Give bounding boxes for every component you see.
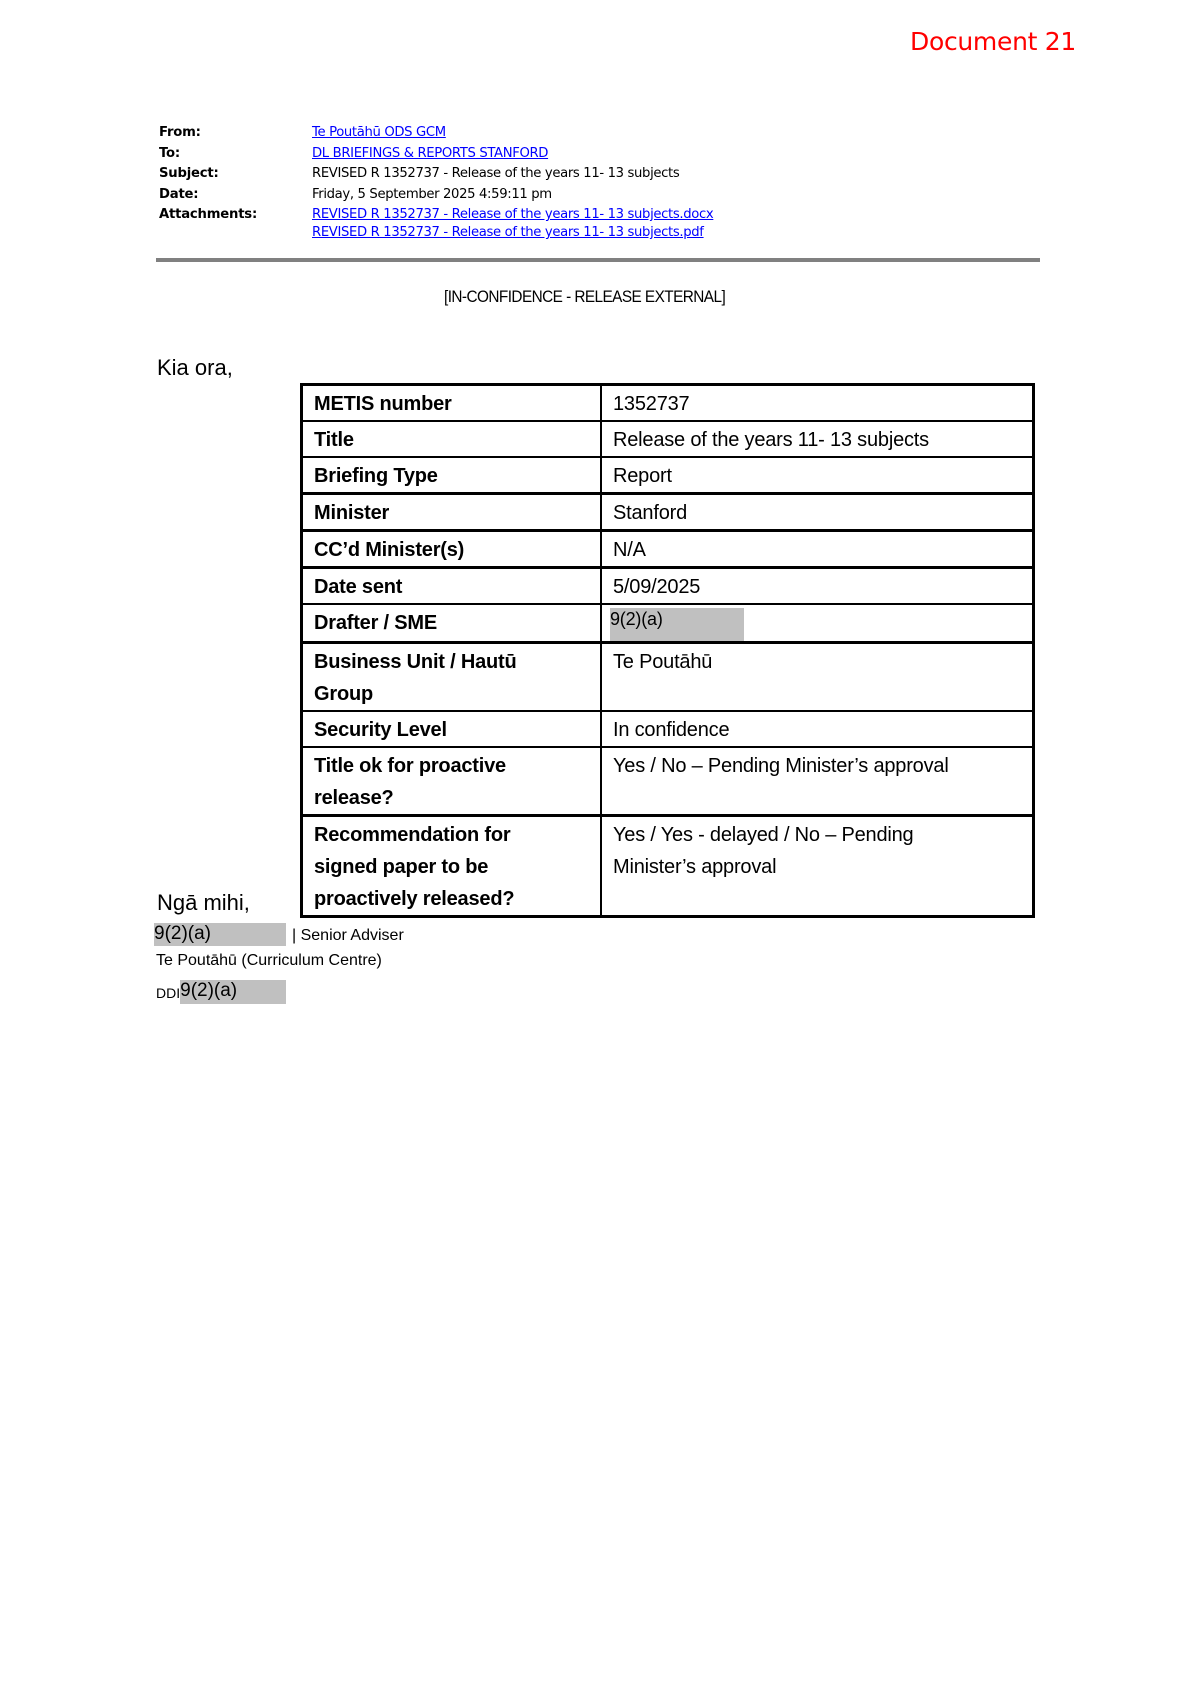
from-link[interactable]: Te Poutāhū ODS GCM bbox=[312, 125, 446, 140]
row-key: Business Unit / Hautū Group bbox=[302, 643, 602, 712]
row-key-line: Title ok for proactive bbox=[314, 750, 590, 782]
header-divider bbox=[156, 258, 1040, 262]
row-value: N/A bbox=[601, 531, 1034, 568]
row-key: Title bbox=[302, 421, 602, 457]
briefing-details-table: METIS number 1352737 Title Release of th… bbox=[300, 383, 1035, 918]
row-value: Te Poutāhū bbox=[601, 643, 1034, 712]
row-value: Stanford bbox=[601, 494, 1034, 531]
greeting: Kia ora, bbox=[157, 355, 233, 381]
row-value: 1352737 bbox=[601, 385, 1034, 422]
row-key: Title ok for proactive release? bbox=[302, 747, 602, 816]
row-key: Drafter / SME bbox=[302, 604, 602, 643]
table-row: Business Unit / Hautū Group Te Poutāhū bbox=[302, 643, 1034, 712]
to-link[interactable]: DL BRIEFINGS & REPORTS STANFORD bbox=[312, 146, 548, 161]
attachment-pdf-link[interactable]: REVISED R 1352737 - Release of the years… bbox=[312, 225, 704, 240]
row-key-line: proactively released? bbox=[314, 883, 590, 915]
row-value: 5/09/2025 bbox=[601, 568, 1034, 605]
name-redaction-box: 9(2)(a) bbox=[154, 923, 286, 946]
row-key: Date sent bbox=[302, 568, 602, 605]
row-value-line: Yes / Yes - delayed / No – Pending bbox=[613, 819, 1022, 851]
row-key: Minister bbox=[302, 494, 602, 531]
row-value-line: Minister’s approval bbox=[613, 851, 1022, 883]
row-key: METIS number bbox=[302, 385, 602, 422]
signature-unit: Te Poutāhū (Curriculum Centre) bbox=[156, 952, 382, 970]
signature-role: | Senior Adviser bbox=[292, 927, 404, 944]
table-row: Recommendation for signed paper to be pr… bbox=[302, 816, 1034, 917]
date-label: Date: bbox=[159, 187, 198, 202]
row-value: Yes / Yes - delayed / No – Pending Minis… bbox=[601, 816, 1034, 917]
signature-name-line: 9(2)(a)| Senior Adviser bbox=[154, 923, 404, 949]
table-row: Security Level In confidence bbox=[302, 711, 1034, 747]
row-key-line: Recommendation for bbox=[314, 819, 590, 851]
signoff: Ngā mihi, bbox=[157, 890, 250, 916]
table-row: CC’d Minister(s) N/A bbox=[302, 531, 1034, 568]
from-label: From: bbox=[159, 125, 201, 140]
table-row: Minister Stanford bbox=[302, 494, 1034, 531]
table-row: Title ok for proactive release? Yes / No… bbox=[302, 747, 1034, 816]
subject-label: Subject: bbox=[159, 166, 219, 181]
row-value: 9(2)(a) bbox=[601, 604, 1034, 643]
table-row: METIS number 1352737 bbox=[302, 385, 1034, 422]
date-value: Friday, 5 September 2025 4:59:11 pm bbox=[312, 187, 552, 202]
row-key-line: Business Unit / Hautū bbox=[314, 646, 590, 678]
table-row: Title Release of the years 11- 13 subjec… bbox=[302, 421, 1034, 457]
ddi-label: DDI bbox=[156, 985, 180, 1001]
to-label: To: bbox=[159, 146, 180, 161]
row-value: Yes / No – Pending Minister’s approval bbox=[601, 747, 1034, 816]
row-key: Recommendation for signed paper to be pr… bbox=[302, 816, 602, 917]
classification-banner: [IN-CONFIDENCE - RELEASE EXTERNAL] bbox=[444, 288, 725, 307]
row-key: Briefing Type bbox=[302, 457, 602, 494]
document-number-label: Document 21 bbox=[910, 27, 1076, 56]
row-key-line: Group bbox=[314, 678, 590, 710]
signature-ddi-line: DDI9(2)(a) bbox=[156, 980, 286, 1006]
table-row: Date sent 5/09/2025 bbox=[302, 568, 1034, 605]
row-key-line: release? bbox=[314, 782, 590, 814]
row-key: Security Level bbox=[302, 711, 602, 747]
subject-value: REVISED R 1352737 - Release of the years… bbox=[312, 166, 679, 181]
redaction-box: 9(2)(a) bbox=[610, 608, 744, 641]
row-key: CC’d Minister(s) bbox=[302, 531, 602, 568]
ddi-redaction-box: 9(2)(a) bbox=[180, 980, 286, 1004]
row-key-line: signed paper to be bbox=[314, 851, 590, 883]
row-value: In confidence bbox=[601, 711, 1034, 747]
table-row: Briefing Type Report bbox=[302, 457, 1034, 494]
attachment-docx-link[interactable]: REVISED R 1352737 - Release of the years… bbox=[312, 207, 713, 222]
row-value: Release of the years 11- 13 subjects bbox=[601, 421, 1034, 457]
attachments-label: Attachments: bbox=[159, 207, 257, 222]
row-value: Report bbox=[601, 457, 1034, 494]
table-row: Drafter / SME 9(2)(a) bbox=[302, 604, 1034, 643]
